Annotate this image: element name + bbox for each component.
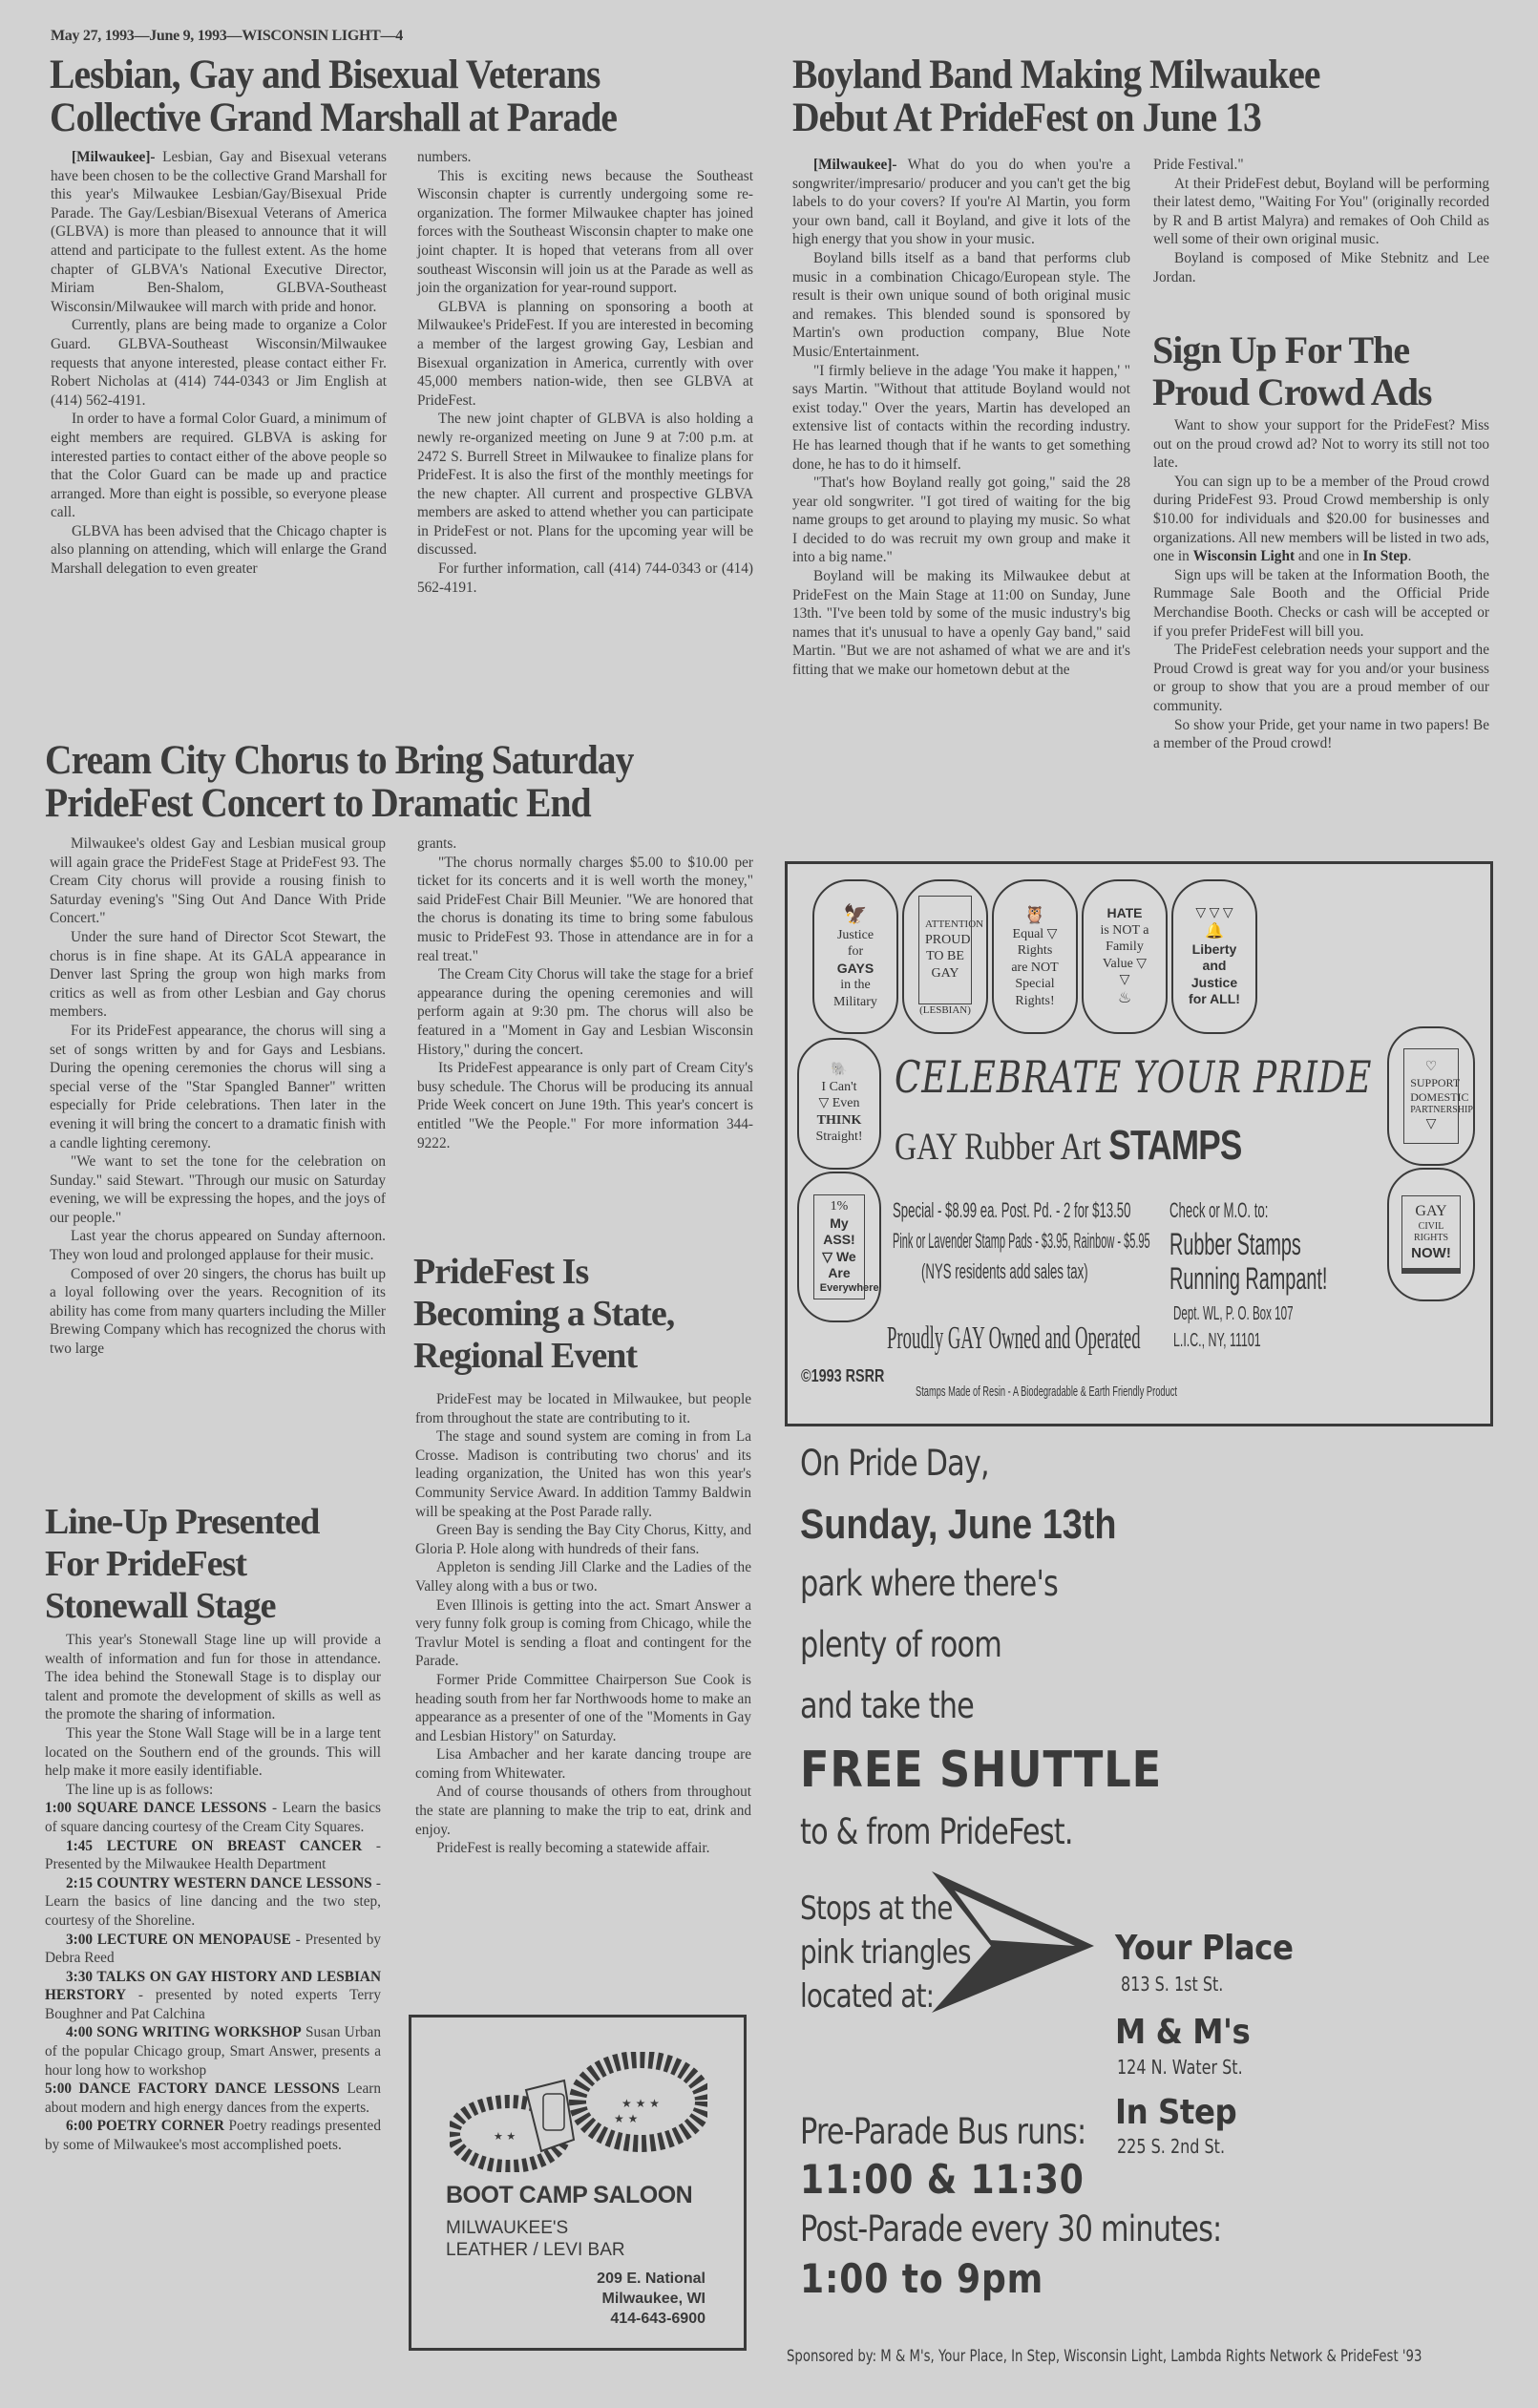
headline-line: Collective Grand Marshall at Parade [50,96,617,139]
headline-veterans: Lesbian, Gay and Bisexual Veterans Colle… [50,53,617,139]
stamp-text: PARTNERSHIP [1410,1105,1452,1117]
stamp-text: THINK [817,1112,862,1130]
stamp-text: Rights [1018,942,1053,960]
city-state: Milwaukee, WI [597,2290,706,2310]
stamp-text: 1% [820,1198,858,1215]
stamp-text: GAYS [837,961,874,978]
shuttle-line: On Pride Day, [800,1446,989,1481]
stamp-text: TO BE [925,948,965,965]
liberty-bell-icon: 🔔 [1205,922,1224,941]
shuttle-line: park where there's [800,1566,1058,1601]
free-shuttle-ad: On Pride Day, Sunday, June 13th park whe… [800,1440,1506,2395]
lineup-item: 1:45 LECTURE ON BREAST CANCER - Presente… [45,1837,381,1874]
headline-proud-crowd: Sign Up For The Proud Crowd Ads [1152,329,1432,413]
stamp-text: DOMESTIC [1410,1090,1452,1105]
elephant-icon: 🐘 [831,1062,847,1079]
paragraph: In order to have a formal Color Guard, a… [51,410,387,522]
stamp-text: ▽ [1120,972,1130,989]
phone-number: 414-643-6900 [597,2310,706,2330]
stamp-text: Rights! [1015,993,1054,1010]
shuttle-line: to & from PrideFest. [800,1814,1073,1849]
stamp-text: Equal ▽ [1013,926,1058,943]
headline-line: Debut At PrideFest on June 13 [792,96,1320,139]
lineup-item: 1:00 SQUARE DANCE LESSONS - Learn the ba… [45,1799,381,1836]
stop-name: In Step [1115,2093,1236,2132]
stamp-text: My ASS! [820,1215,858,1249]
post-parade-label: Post-Parade every 30 minutes: [800,2211,1221,2247]
headline-line: PrideFest Concert to Dramatic End [45,782,634,825]
article-boyland-col2: Pride Festival." At their PrideFest debu… [1153,156,1489,286]
stamp-text: Special [1015,976,1054,993]
paragraph: Pride Festival." [1153,156,1489,175]
mailing-address: Dept. WL, P. O. Box 107 [1173,1303,1294,1325]
headline-lineup: Line-Up Presented For PrideFest Stonewal… [45,1501,319,1627]
street-address: 209 E. National [597,2270,706,2290]
shuttle-date: Sunday, June 13th [800,1501,1117,1549]
paragraph: Boyland will be making its Milwaukee deb… [792,567,1130,680]
stamp-text: for [848,943,863,961]
stop-name: Your Place [1115,1929,1293,1968]
stamp-hate: HATE is NOT a Family Value ▽ ▽ ♨ [1082,879,1168,1034]
stamp-domestic: ♡ SUPPORT DOMESTIC PARTNERSHIP ▽ [1387,1026,1475,1166]
article-veterans-col1: [Milwaukee]- Lesbian, Gay and Bisexual v… [51,148,387,579]
paragraph: This year's Stonewall Stage line up will… [45,1631,381,1724]
paragraph: grants. [417,834,753,854]
headline-regional: PrideFest Is Becoming a State, Regional … [413,1251,674,1377]
stamp-ad-subtitle: GAY Rubber Art STAMPS [895,1122,1242,1170]
article-chorus-col1: Milwaukee's oldest Gay and Lesbian music… [50,834,386,1359]
price-special: Special - $8.99 ea. Post. Pd. - 2 for $1… [893,1198,1130,1223]
stamp-text: I Can't [821,1079,856,1096]
headline-chorus: Cream City Chorus to Bring Saturday Prid… [45,739,634,825]
text: . [1408,548,1412,564]
paragraph: "We want to set the tone for the celebra… [50,1152,386,1227]
lineup-time-title: 2:15 COUNTRY WESTERN DANCE LESSONS [66,1875,372,1891]
headline-line: For PrideFest [45,1543,319,1585]
paragraph: "I firmly believe in the adage 'You make… [792,362,1130,475]
paragraph: This is exciting news because the Southe… [417,167,753,298]
heart-frame-icon: ♡ SUPPORT DOMESTIC PARTNERSHIP ▽ [1403,1048,1459,1145]
stamp-ad-footer: Stamps Made of Resin - A Biodegradable &… [916,1384,1177,1400]
payment-instructions: Check or M.O. to: [1169,1198,1268,1223]
page-folio: May 27, 1993—June 9, 1993—WISCONSIN LIGH… [51,28,403,45]
company-name: Running Rampant! [1169,1261,1327,1297]
paragraph: The PrideFest celebration needs your sup… [1153,641,1489,715]
paragraph: "That's how Boyland really got going," s… [792,474,1130,567]
paragraph: Milwaukee's oldest Gay and Lesbian music… [50,834,386,928]
paragraph: Composed of over 20 singers, the chorus … [50,1265,386,1359]
svg-text:★ ★ ★: ★ ★ ★ [622,2097,660,2110]
lineup-item: 5:00 DANCE FACTORY DANCE LESSONS Learn a… [45,2080,381,2117]
headline-boyland: Boyland Band Making Milwaukee Debut At P… [792,53,1320,139]
post-parade-times: 1:00 to 9pm [800,2255,1043,2302]
paragraph: Currently, plans are being made to organ… [51,316,387,410]
subtitle-bold: STAMPS [1108,1122,1241,1169]
stop-address: 124 N. Water St. [1117,2056,1243,2079]
paragraph: The line up is as follows: [45,1781,381,1800]
lineup-time-title: 3:00 LECTURE ON MENOPAUSE [66,1932,291,1948]
stamp-text: Liberty [1192,941,1237,959]
headline-line: Boyland Band Making Milwaukee [792,53,1320,96]
svg-text:★ ★: ★ ★ [494,2130,516,2143]
stamp-text: Military [833,994,877,1011]
paragraph: And of course thousands of others from t… [415,1783,751,1839]
text: and one in [1298,548,1359,564]
cauldron-icon: ♨ [1118,989,1131,1008]
boot-print-icon: ★ ★ ★ ★ ★ ★ ★ [450,2052,707,2172]
sponsors-line: Sponsored by: M & M's, Your Place, In St… [787,2347,1422,2366]
paragraph: Lesbian, Gay and Bisexual veterans have … [51,149,387,315]
paragraph: This year the Stone Wall Stage will be i… [45,1724,381,1781]
headline-line: Stonewall Stage [45,1585,319,1627]
paragraph: GLBVA has been advised that the Chicago … [51,522,387,579]
article-proud-crowd: Want to show your support for the PrideF… [1153,416,1489,753]
stamp-text: Justice [1191,975,1237,992]
paragraph: Last year the chorus appeared on Sunday … [50,1227,386,1264]
stamp-text: Everywhere [820,1282,858,1296]
shuttle-line: plenty of room [800,1627,1001,1662]
stamp-liberty: ▽ ▽ ▽ 🔔 Liberty and Justice for ALL! [1171,879,1257,1034]
stamp-text: (LESBIAN) [919,1004,971,1018]
stamp-text: NOW! [1411,1245,1451,1261]
lineup-time-title: 5:00 DANCE FACTORY DANCE LESSONS [45,2081,340,2097]
stops-line: Stops at the [800,1892,953,1925]
eagle-shield-icon: 🦅 [844,903,868,927]
stamp-think-straight: 🐘 I Can't ▽ Even THINK Straight! [797,1038,881,1170]
stamp-text: Justice [837,927,874,944]
article-veterans-col2: numbers. This is exciting news because t… [417,148,753,597]
headline-line: Regional Event [413,1335,674,1377]
stamp-everywhere: 1% My ASS! ▽ We Are Everywhere [797,1172,881,1322]
paragraph: "The chorus normally charges $5.00 to $1… [417,854,753,966]
paragraph: Boyland bills itself as a band that perf… [792,249,1130,362]
dateline: [Milwaukee]- [813,157,897,173]
lineup-item: 3:30 TALKS ON GAY HISTORY AND LESBIAN HE… [45,1968,381,2024]
paragraph: Under the sure hand of Director Scot Ste… [50,928,386,1022]
lineup-item: 2:15 COUNTRY WESTERN DANCE LESSONS - Lea… [45,1874,381,1931]
stamp-proud: ATTENTION PROUD TO BE GAY (LESBIAN) [902,879,988,1034]
headline-line: Proud Crowd Ads [1152,371,1432,413]
bar-address: 209 E. National Milwaukee, WI 414-643-69… [597,2270,706,2329]
stamp-text: GAY [1406,1202,1456,1221]
article-boyland-col1: [Milwaukee]- What do you do when you're … [792,156,1130,680]
paper-name: Wisconsin Light [1193,548,1295,564]
svg-text:★ ★: ★ ★ [614,2112,638,2125]
shuttle-headline: FREE SHUTTLE [800,1742,1162,1799]
copyright: ©1993 RSRR [801,1366,884,1386]
pink-triangle-arrow-icon [932,1871,1096,2015]
paragraph: Lisa Ambacher and her karate dancing tro… [415,1745,751,1783]
stop-name: M & M's [1115,2013,1250,2052]
article-regional: PrideFest may be located in Milwaukee, b… [415,1390,751,1858]
subtitle-light: GAY Rubber Art [895,1125,1101,1168]
owl-icon: 🦉 [1024,904,1045,926]
stamp-text: SUPPORT [1410,1076,1452,1090]
article-lineup: This year's Stonewall Stage line up will… [45,1631,381,2155]
paragraph: The new joint chapter of GLBVA is also h… [417,410,753,560]
stamp-text: in the [840,977,871,994]
stamp-text: and [1203,958,1227,975]
stamp-text: ▽ We Are [820,1249,858,1282]
paragraph: Want to show your support for the PrideF… [1153,416,1489,473]
stamp-text: GAY [925,965,965,982]
pre-parade-times: 11:00 & 11:30 [800,2156,1085,2203]
pre-parade-label: Pre-Parade Bus runs: [800,2114,1085,2149]
stamp-text: for ALL! [1189,991,1240,1008]
heart-icon: ♡ [1410,1059,1452,1076]
lineup-time-title: 1:45 LECTURE ON BREAST CANCER [66,1838,362,1854]
mailing-address: L.I.C., NY, 11101 [1173,1330,1261,1352]
stamp-ad-title: CELEBRATE YOUR PRIDE [895,1051,1214,1103]
stop-address: 225 S. 2nd St. [1117,2135,1225,2158]
lineup-item: 4:00 SONG WRITING WORKSHOP Susan Urban o… [45,2023,381,2080]
paragraph: Former Pride Committee Chairperson Sue C… [415,1671,751,1745]
boot-camp-saloon-ad: ★ ★ ★ ★ ★ ★ ★ BOOT CAMP SALOON MILWAUKEE… [409,2015,747,2351]
headline-line: Sign Up For The [1152,329,1432,371]
stamp-text: CIVIL RIGHTS [1406,1221,1456,1245]
paragraph: So show your Pride, get your name in two… [1153,716,1489,753]
headline-line: Cream City Chorus to Bring Saturday [45,739,634,782]
scroll-icon: ATTENTION PROUD TO BE GAY [918,896,972,1004]
paragraph: PrideFest may be located in Milwaukee, b… [415,1390,751,1427]
giraffe-icon: 1% My ASS! ▽ We Are Everywhere [813,1194,865,1299]
headline-line: Line-Up Presented [45,1501,319,1543]
stamp-text: are NOT [1011,960,1058,977]
stamp-text: is NOT a [1100,922,1148,940]
stamp-text: ▽ [1410,1116,1452,1133]
stamp-text: ▽ ▽ ▽ [1195,905,1233,922]
owned-tagline: Proudly GAY Owned and Operated [887,1320,1141,1357]
paragraph: Appleton is sending Jill Clarke and the … [415,1558,751,1595]
bar-name: BOOT CAMP SALOON [446,2182,692,2209]
bar-description: MILWAUKEE'S LEATHER / LEVI BAR [446,2218,625,2262]
stamp-text: PROUD [925,932,965,949]
headline-line: Becoming a State, [413,1293,674,1335]
paragraph: The Cream City Chorus will take the stag… [417,965,753,1059]
dateline: [Milwaukee]- [72,149,156,165]
headline-line: PrideFest Is [413,1251,674,1293]
stamp-text: ▽ Even [818,1095,859,1112]
tax-note: (NYS residents add sales tax) [921,1259,1088,1284]
paragraph: numbers. [417,148,753,167]
lineup-time-title: 4:00 SONG WRITING WORKSHOP [66,2024,302,2040]
paragraph: At their PrideFest debut, Boyland will b… [1153,175,1489,249]
usa-map-icon: GAY CIVIL RIGHTS NOW! [1401,1195,1461,1275]
paragraph: For further information, call (414) 744-… [417,560,753,597]
headline-line: Lesbian, Gay and Bisexual Veterans [50,53,617,96]
stamp-text: HATE [1106,905,1142,922]
company-name: Rubber Stamps [1169,1227,1301,1262]
paragraph: The stage and sound system are coming in… [415,1427,751,1521]
price-pads: Pink or Lavender Stamp Pads - $3.95, Rai… [893,1229,1150,1254]
lineup-item: 6:00 POETRY CORNER Poetry readings prese… [45,2117,381,2154]
stamp-text: Value ▽ [1103,956,1147,973]
shuttle-line: and take the [800,1688,974,1723]
paragraph: Its PrideFest appearance is only part of… [417,1059,753,1152]
stamp-equal-rights: 🦉 Equal ▽ Rights are NOT Special Rights! [992,879,1078,1034]
lineup-item: 3:00 LECTURE ON MENOPAUSE - Presented by… [45,1931,381,1968]
paragraph: Even Illinois is getting into the act. S… [415,1596,751,1671]
rubber-stamps-ad: 🦅 Justice for GAYS in the Military ATTEN… [785,861,1493,1426]
lineup-time-title: 1:00 SQUARE DANCE LESSONS [45,1800,266,1816]
lineup-time-title: 6:00 POETRY CORNER [66,2118,224,2134]
paragraph: Green Bay is sending the Bay City Chorus… [415,1521,751,1558]
paragraph: Sign ups will be taken at the Informatio… [1153,566,1489,641]
stamp-text: ATTENTION [925,919,965,932]
stop-address: 813 S. 1st St. [1121,1973,1223,1996]
article-chorus-col2: grants. "The chorus normally charges $5.… [417,834,753,1152]
stamp-text: Straight! [816,1129,863,1146]
paragraph: Boyland is composed of Mike Stebnitz and… [1153,249,1489,286]
stamp-military: 🦅 Justice for GAYS in the Military [812,879,898,1034]
paper-name: In Step [1362,548,1407,564]
paragraph: GLBVA is planning on sponsoring a booth … [417,298,753,411]
stamp-civil-rights: GAY CIVIL RIGHTS NOW! [1387,1168,1475,1301]
stops-line: located at: [800,1980,934,2013]
paragraph: PrideFest is really becoming a statewide… [415,1839,751,1858]
bar-description-line: MILWAUKEE'S [446,2218,625,2240]
paragraph: For its PrideFest appearance, the chorus… [50,1022,386,1152]
bar-description-line: LEATHER / LEVI BAR [446,2240,625,2262]
stamp-text: Family [1106,939,1144,956]
